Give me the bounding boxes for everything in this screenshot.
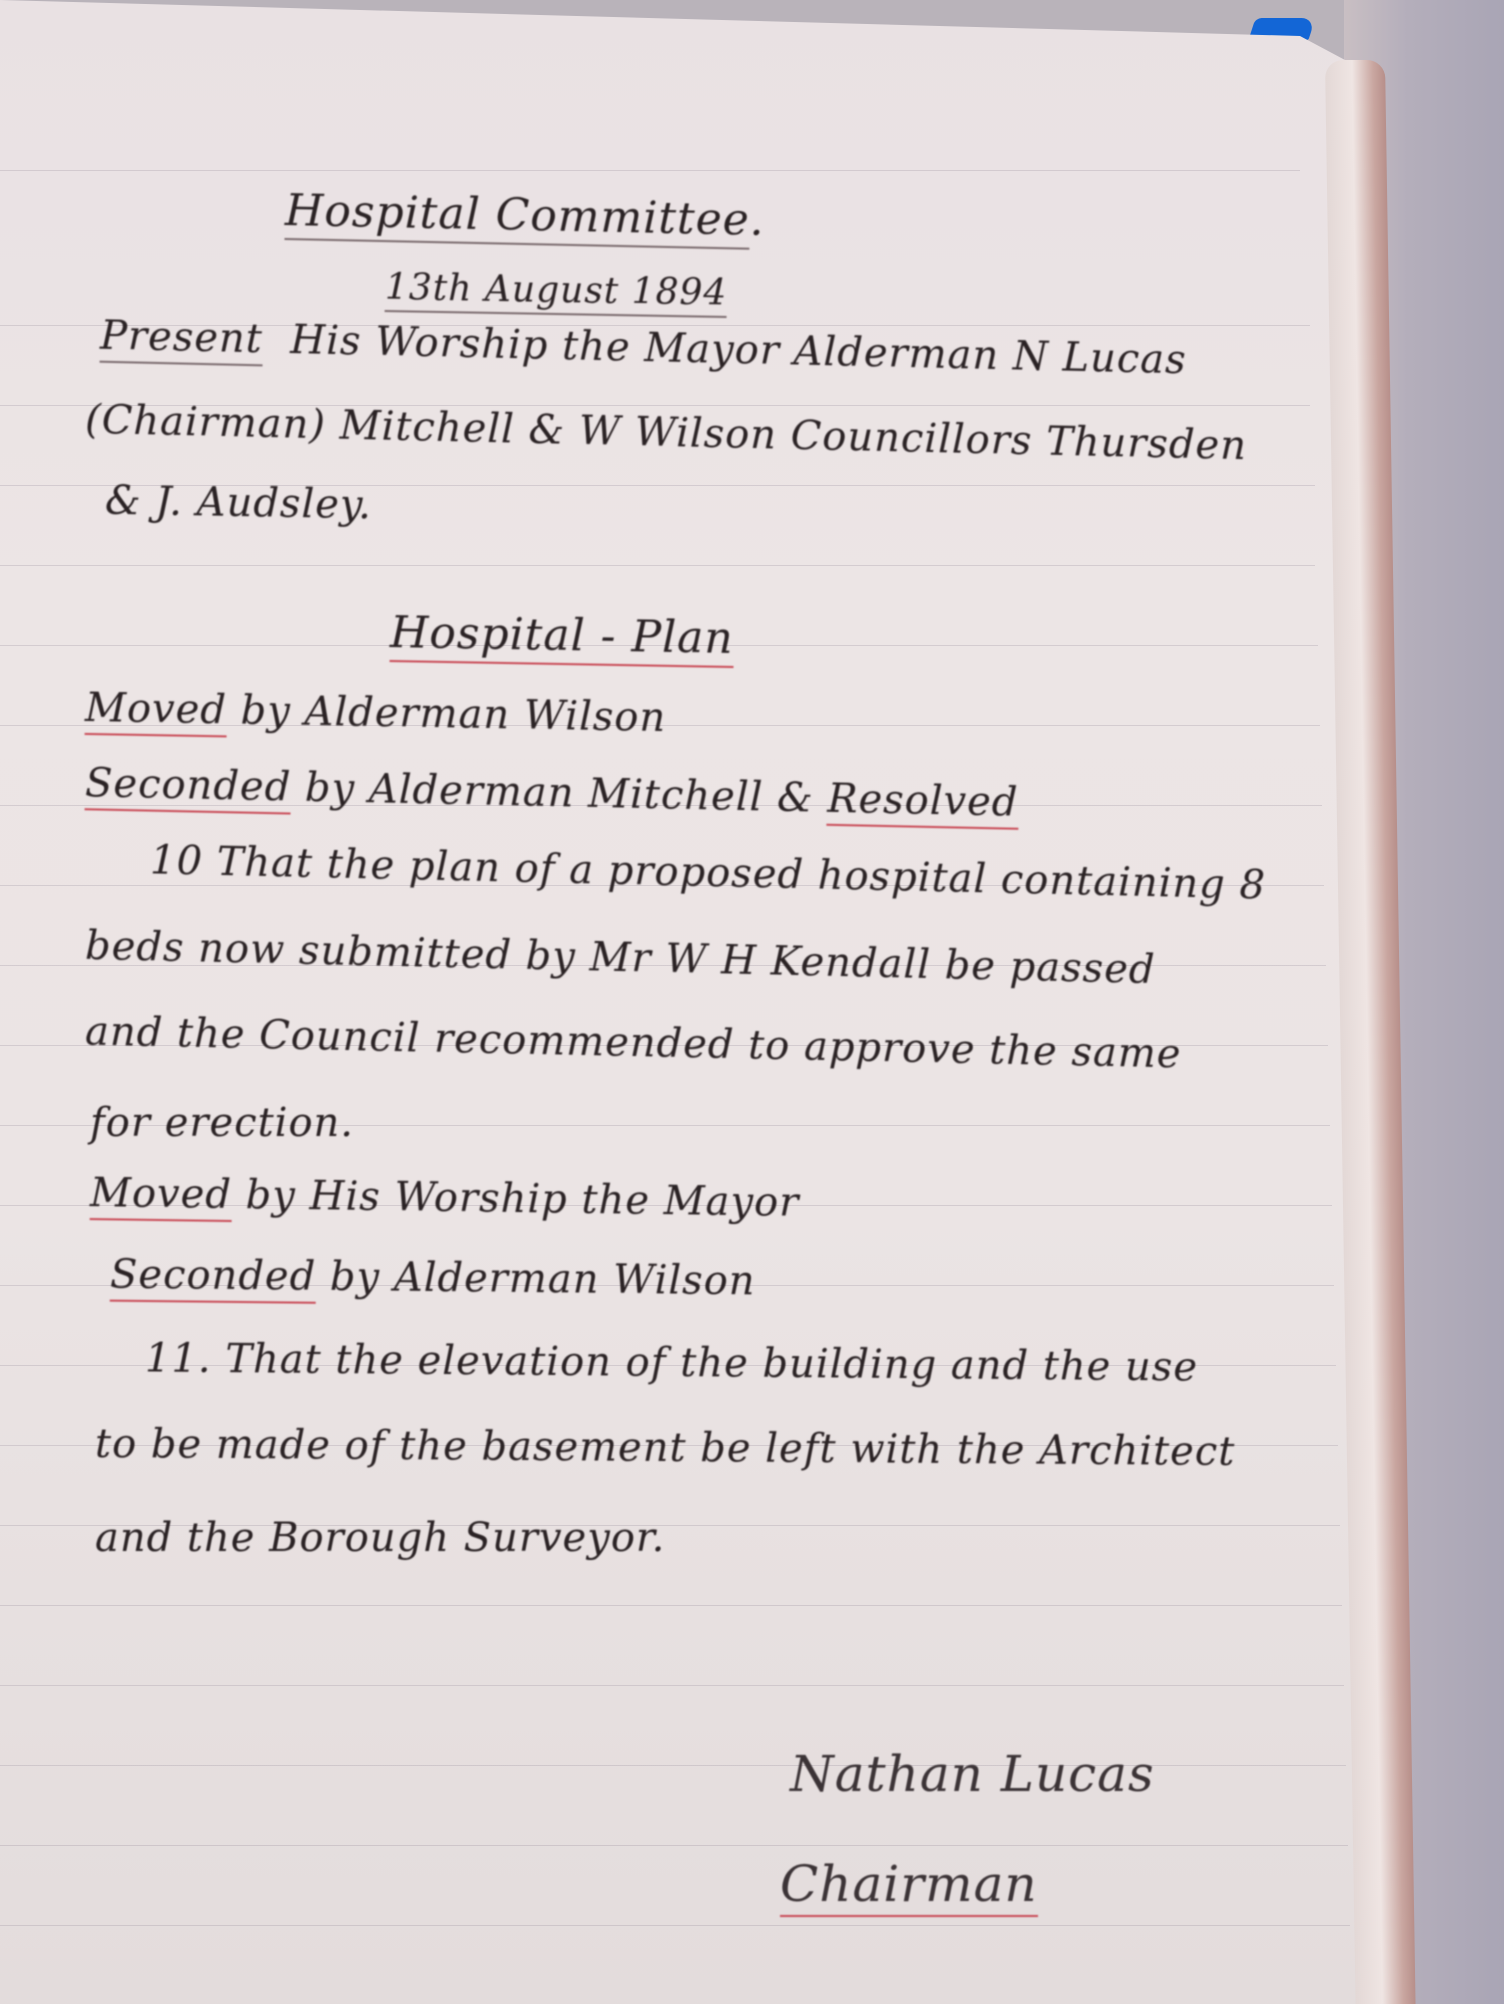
resolution-10-line-4: for erection. (90, 1100, 354, 1146)
moved-text: by His Worship the Mayor (245, 1172, 799, 1226)
section-heading-text: Hospital - Plan (390, 607, 735, 668)
chairman-text: Chairman (780, 1855, 1038, 1917)
section-heading: Hospital - Plan (390, 607, 735, 664)
signature-text: Nathan Lucas (790, 1745, 1155, 1803)
ruled-line (0, 565, 1315, 566)
seconded-text: by Alderman Wilson (330, 1254, 756, 1304)
resolution-11-line-2: to be made of the basement be left with … (95, 1421, 1236, 1475)
motion2-moved: Moved by His Worship the Mayor (90, 1170, 800, 1226)
meeting-date: 13th August 1894 (385, 267, 728, 314)
seconded-label: Seconded (85, 760, 292, 814)
resolution-text: 11. That the elevation of the building a… (145, 1335, 1198, 1390)
resolved-label: Resolved (827, 776, 1019, 830)
heading-text: Hospital Committee (284, 185, 750, 250)
ruled-line (0, 1605, 1342, 1606)
resolution-text: for erection. (90, 1100, 354, 1146)
resolution-text: to be made of the basement be left with … (95, 1421, 1236, 1475)
minutes-heading: Hospital Committee. (285, 185, 766, 246)
motion1-moved: Moved by Alderman Wilson (85, 685, 667, 741)
present-label: Present (100, 313, 264, 367)
motion2-seconded: Seconded by Alderman Wilson (110, 1252, 756, 1305)
ruled-line (0, 1845, 1348, 1846)
resolution-11-line-1: 11. That the elevation of the building a… (145, 1335, 1198, 1390)
ruled-line (0, 170, 1300, 171)
moved-label: Moved (90, 1170, 233, 1222)
seconded-label: Seconded (110, 1252, 317, 1304)
signature-name: Nathan Lucas (790, 1745, 1155, 1803)
moved-label: Moved (85, 685, 228, 737)
present-line-3: & J. Audsley. (105, 478, 373, 529)
signature-title: Chairman (780, 1855, 1038, 1913)
date-text: 13th August 1894 (385, 267, 728, 318)
ruled-line (0, 1925, 1350, 1926)
present-text: & J. Audsley. (105, 478, 373, 529)
ruled-line (0, 1685, 1344, 1686)
resolution-11-line-3: and the Borough Surveyor. (95, 1515, 665, 1561)
moved-text: by Alderman Wilson (240, 688, 666, 741)
resolution-text: and the Borough Surveyor. (95, 1515, 665, 1561)
